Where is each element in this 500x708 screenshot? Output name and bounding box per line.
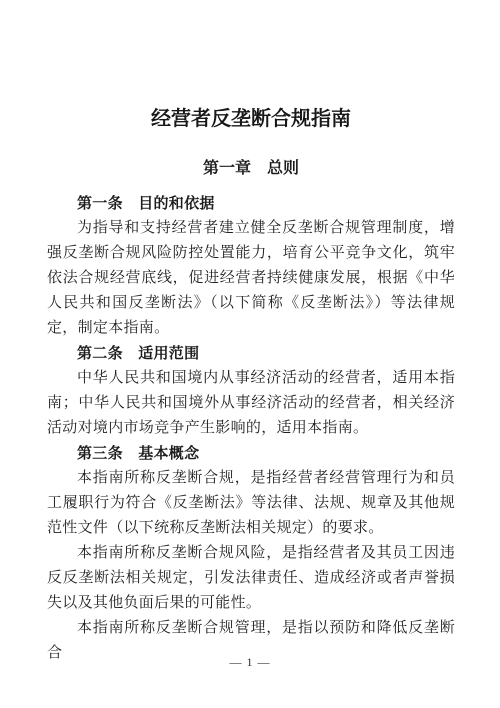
article-3-paragraph-1: 本指南所称反垄断合规，是指经营者经营管理行为和员工履职行为符合《反垄断法》等法律… <box>47 466 455 541</box>
article-1-paragraph: 为指导和支持经营者建立健全反垄断合规管理制度，增强反垄断合规风险防控处置能力，培… <box>47 216 455 341</box>
article-2-paragraph: 中华人民共和国境内从事经济活动的经营者，适用本指南；中华人民共和国境外从事经济活… <box>47 366 455 441</box>
page-content: 经营者反垄断合规指南 第一章 总则 第一条 目的和依据 为指导和支持经营者建立健… <box>47 0 455 666</box>
article-3-heading: 第三条 基本概念 <box>47 441 455 466</box>
document-title: 经营者反垄断合规指南 <box>47 106 455 132</box>
article-2-heading: 第二条 适用范围 <box>47 341 455 366</box>
document-page: 经营者反垄断合规指南 第一章 总则 第一条 目的和依据 为指导和支持经营者建立健… <box>0 0 500 708</box>
page-number: — 1 — <box>0 655 500 669</box>
article-3-paragraph-2: 本指南所称反垄断合规风险，是指经营者及其员工因违反反垄断法相关规定，引发法律责任… <box>47 541 455 616</box>
document-body: 第一条 目的和依据 为指导和支持经营者建立健全反垄断合规管理制度，增强反垄断合规… <box>47 191 455 666</box>
article-1-heading: 第一条 目的和依据 <box>47 191 455 216</box>
chapter-heading: 第一章 总则 <box>47 159 455 179</box>
